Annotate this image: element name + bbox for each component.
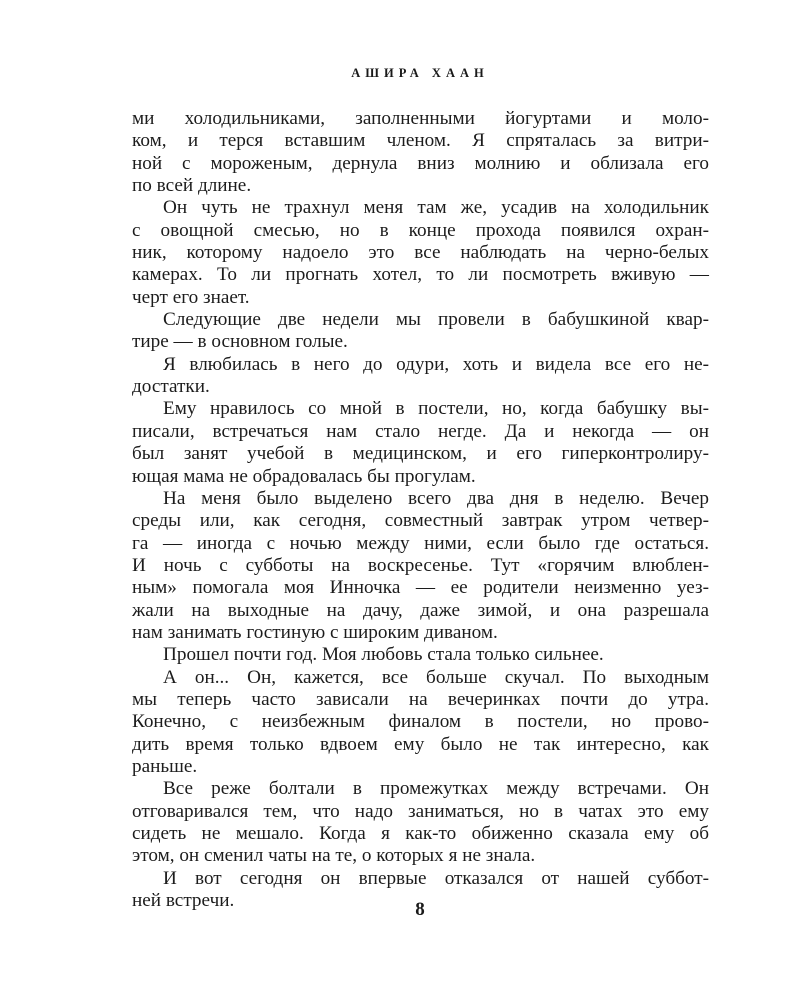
text-line: Я влюбилась в него до одури, хоть и виде…	[132, 354, 709, 376]
text-line: этом, он сменил чаты на те, о которых я …	[132, 845, 709, 867]
text-line: дить время только вдвоем ему было не так…	[132, 734, 709, 756]
text-line: ной с мороженым, дернула вниз молнию и о…	[132, 153, 709, 175]
text-line: На меня было выделено всего два дня в не…	[132, 488, 709, 510]
text-line: ми холодильниками, заполненными йогуртам…	[132, 108, 709, 130]
body-text: ми холодильниками, заполненными йогуртам…	[132, 108, 709, 912]
text-line: Конечно, с неизбежным финалом в постели,…	[132, 711, 709, 733]
text-line: Ему нравилось со мной в постели, но, ког…	[132, 398, 709, 420]
text-line: Следующие две недели мы провели в бабушк…	[132, 309, 709, 331]
book-page: АШИРА ХААН ми холодильниками, заполненны…	[0, 0, 800, 1000]
text-line: Прошел почти год. Моя любовь стала тольк…	[132, 644, 709, 666]
text-line: жали на выходные на дачу, даже зимой, и …	[132, 600, 709, 622]
text-line: черт его знает.	[132, 287, 709, 309]
text-line: камерах. То ли прогнать хотел, то ли пос…	[132, 264, 709, 286]
text-line: А он... Он, кажется, все больше скучал. …	[132, 667, 709, 689]
text-line: га — иногда с ночью между ними, если был…	[132, 533, 709, 555]
text-line: И вот сегодня он впервые отказался от на…	[132, 868, 709, 890]
text-line: ным» помогала моя Инночка — ее родители …	[132, 577, 709, 599]
text-line: нам занимать гостиную с широким диваном.	[132, 622, 709, 644]
text-line: Он чуть не трахнул меня там же, усадив н…	[132, 197, 709, 219]
text-line: писали, встречаться нам стало негде. Да …	[132, 421, 709, 443]
text-line: сидеть не мешало. Когда я как-то обиженн…	[132, 823, 709, 845]
text-line: достатки.	[132, 376, 709, 398]
text-line: И ночь с субботы на воскресенье. Тут «го…	[132, 555, 709, 577]
page-number: 8	[0, 899, 800, 921]
text-line: тире — в основном голые.	[132, 331, 709, 353]
text-line: по всей длине.	[132, 175, 709, 197]
text-line: ник, которому надоело это все наблюдать …	[132, 242, 709, 264]
text-line: Все реже болтали в промежутках между вст…	[132, 778, 709, 800]
text-line: раньше.	[132, 756, 709, 778]
running-head-author: АШИРА ХААН	[0, 66, 800, 81]
text-line: ком, и терся вставшим членом. Я спрятала…	[132, 130, 709, 152]
text-line: был занят учебой в медицинском, и его ги…	[132, 443, 709, 465]
text-line: среды или, как сегодня, совместный завтр…	[132, 510, 709, 532]
text-line: ющая мама не обрадовалась бы прогулам.	[132, 466, 709, 488]
text-line: с овощной смесью, но в конце прохода поя…	[132, 220, 709, 242]
text-line: отговаривался тем, что надо заниматься, …	[132, 801, 709, 823]
text-line: мы теперь часто зависали на вечеринках п…	[132, 689, 709, 711]
